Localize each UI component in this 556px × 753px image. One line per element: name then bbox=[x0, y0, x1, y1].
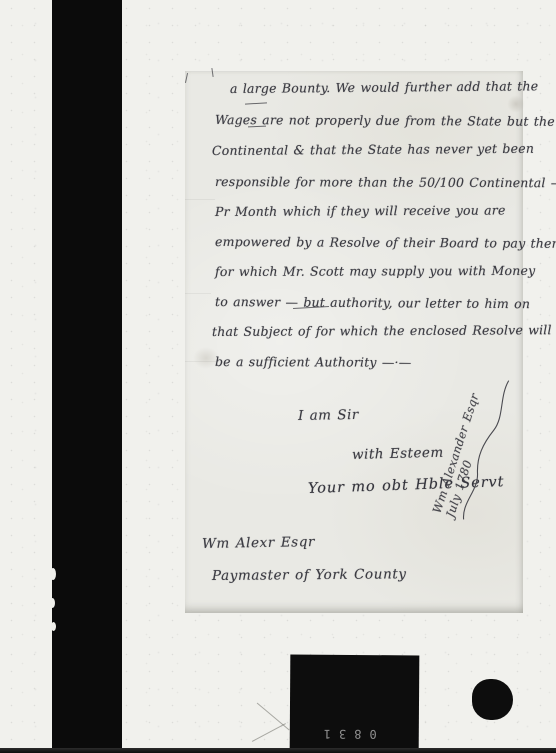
letter-line: responsible for more than the 50/100 Con… bbox=[215, 174, 556, 190]
docket-block: Wm Alexander Esqr July 1780 bbox=[430, 330, 531, 524]
letter-line: for which Mr. Scott may supply you with … bbox=[215, 263, 535, 279]
letter-line: empowered by a Resolve of their Board to… bbox=[215, 234, 556, 251]
address-line-title: Paymaster of York County bbox=[212, 566, 407, 584]
letter-line: be a sufficient Authority —·— bbox=[215, 354, 412, 370]
film-strip-edge-notch bbox=[50, 568, 56, 580]
frame-number: 0831 bbox=[316, 727, 377, 741]
film-strip-edge-notch bbox=[50, 598, 55, 608]
address-line-name: Wm Alexr Esqr bbox=[202, 534, 315, 552]
punch-hole-mark bbox=[472, 679, 513, 720]
closing-salutation: I am Sir bbox=[298, 407, 359, 424]
bottom-edge-line bbox=[0, 748, 556, 753]
letter-line: to answer — but authority, our letter to… bbox=[215, 294, 530, 311]
scan-background: a large Bounty. We would further add tha… bbox=[0, 0, 556, 753]
letter-line: Pr Month which if they will receive you … bbox=[215, 202, 506, 219]
paper-corner-streak bbox=[256, 703, 289, 731]
pen-tick-mark bbox=[185, 73, 188, 83]
underline-mark bbox=[245, 102, 267, 104]
film-frame-block: 0831 bbox=[290, 655, 420, 753]
scan-streak bbox=[185, 293, 211, 294]
film-strip-edge-notch bbox=[51, 622, 56, 631]
film-strip bbox=[52, 0, 122, 753]
paper-corner-streak bbox=[252, 723, 286, 742]
closing-valediction: with Esteem bbox=[352, 445, 444, 463]
letter-line: Continental & that the State has never y… bbox=[212, 141, 534, 158]
ink-stain bbox=[507, 95, 525, 113]
scan-streak bbox=[185, 199, 215, 200]
letter-line: a large Bounty. We would further add tha… bbox=[230, 78, 538, 96]
letter-paper: a large Bounty. We would further add tha… bbox=[185, 71, 523, 613]
pen-tick-mark bbox=[211, 68, 214, 77]
